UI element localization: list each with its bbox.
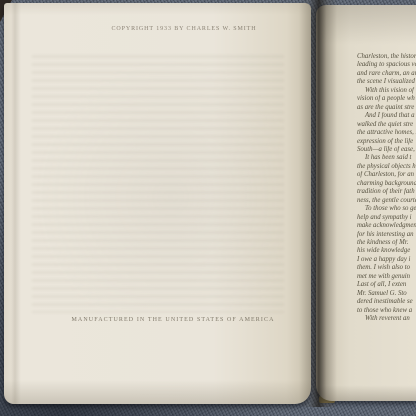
text-line: It has been said t bbox=[357, 154, 416, 162]
text-line: his wide knowledge bbox=[357, 247, 416, 255]
text-line: Mr. Samuel G. Sto bbox=[357, 290, 416, 298]
text-line: And I found that a bbox=[357, 112, 416, 120]
copyright-line: COPYRIGHT 1933 BY CHARLES W. SMITH bbox=[104, 26, 264, 32]
text-line: to those who knew a bbox=[357, 307, 416, 315]
text-line: I owe a happy day i bbox=[357, 256, 416, 264]
ghost-showthrough bbox=[32, 55, 284, 313]
book-photo: COPYRIGHT 1933 BY CHARLES W. SMITH MANUF… bbox=[0, 0, 416, 416]
left-page bbox=[4, 3, 311, 404]
text-line: of Charleston, for an bbox=[357, 171, 416, 179]
right-page-text: Charleston, the historleading to spaciou… bbox=[357, 53, 416, 324]
text-line: as are the quaint stre bbox=[357, 104, 416, 112]
text-line: and rare charm, an arc bbox=[357, 70, 416, 78]
text-line: leading to spacious ver bbox=[357, 61, 416, 69]
text-line: tradition of their fath bbox=[357, 188, 416, 196]
manufactured-line: MANUFACTURED IN THE UNITED STATES OF AME… bbox=[58, 317, 288, 323]
text-line: help and sympathy i bbox=[357, 214, 416, 222]
text-line: vision of a people wh bbox=[357, 95, 416, 103]
text-line: for his interesting an bbox=[357, 231, 416, 239]
text-line: walked the quiet stre bbox=[357, 121, 416, 129]
text-line: the scene I visualized w bbox=[357, 78, 416, 86]
text-line: South—a life of ease, bbox=[357, 146, 416, 154]
text-line: the physical objects h bbox=[357, 163, 416, 171]
text-line: the kindness of Mr. bbox=[357, 239, 416, 247]
text-line: charming background bbox=[357, 180, 416, 188]
text-line: With reverent an bbox=[357, 315, 416, 323]
text-line: make acknowledgmen bbox=[357, 222, 416, 230]
text-line: expression of the life bbox=[357, 138, 416, 146]
text-line: the attractive homes, I bbox=[357, 129, 416, 137]
text-line: Last of all, I exten bbox=[357, 281, 416, 289]
text-line: them. I wish also to bbox=[357, 264, 416, 272]
text-line: With this vision of bbox=[357, 87, 416, 95]
text-line: ness, the gentle courtes bbox=[357, 197, 416, 205]
text-line: Charleston, the histor bbox=[357, 53, 416, 61]
text-line: To those who so ge bbox=[357, 205, 416, 213]
text-line: met me with genuin bbox=[357, 273, 416, 281]
text-line: dered inestimable se bbox=[357, 298, 416, 306]
